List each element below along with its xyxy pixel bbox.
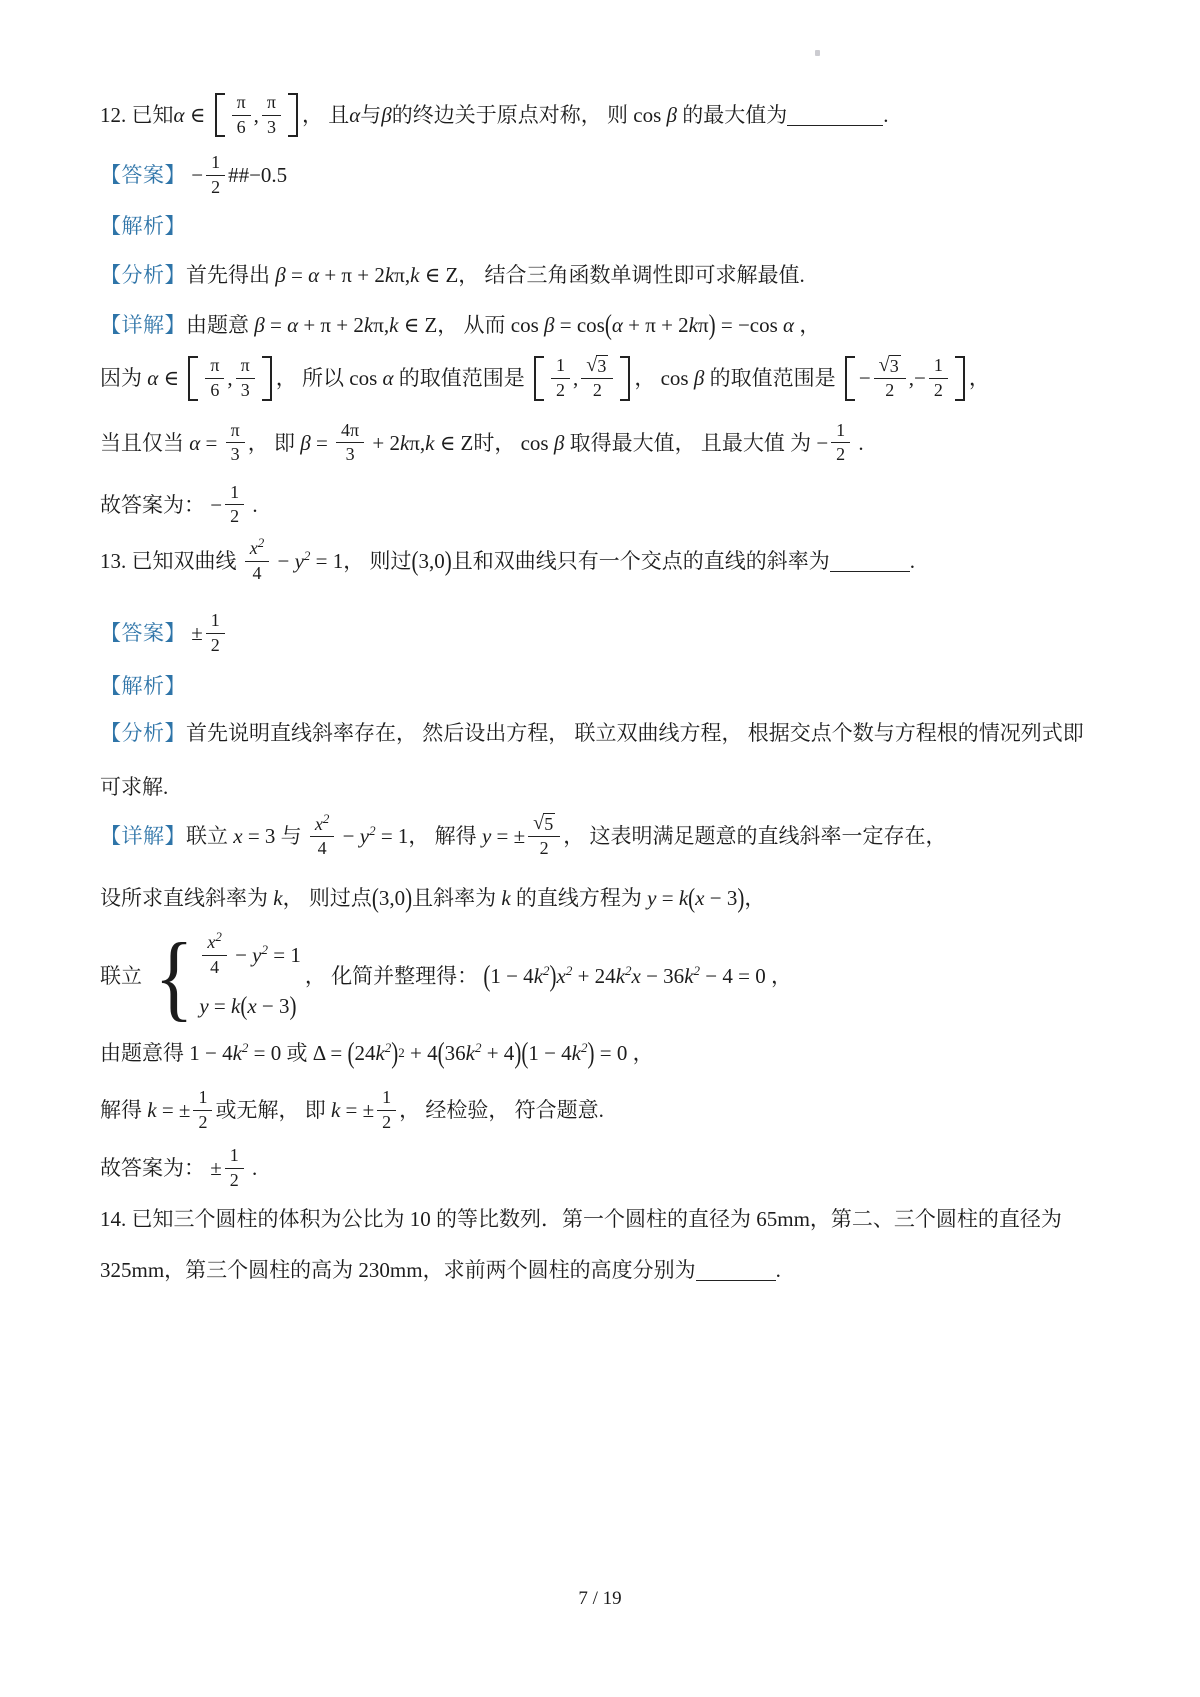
text-run: ，: [744, 884, 765, 912]
fraction: √52: [528, 813, 560, 859]
text-run: =: [311, 429, 333, 457]
math-variable: k2: [616, 962, 632, 990]
paragraph-p16: 由题意得 1 − 4k2 = 0 或 Δ = (24k2)2 + 4(36k2 …: [100, 1039, 1112, 1067]
text-run: 设所求直线斜率为: [100, 884, 273, 912]
math-variable: β: [554, 429, 564, 457]
text-run: 1 − 4: [490, 962, 533, 990]
math-variable: y: [482, 822, 491, 850]
text-run: =: [265, 311, 287, 339]
math-variable: α: [349, 101, 360, 129]
paren: (: [483, 956, 490, 996]
math-variable: β: [544, 311, 554, 339]
denominator: 2: [211, 634, 220, 657]
paren: (: [438, 1033, 445, 1073]
section-label: 【详解】: [100, 311, 186, 339]
fraction: √32: [581, 355, 613, 401]
paren: ): [550, 956, 557, 996]
numerator: √5: [528, 813, 560, 837]
text-run: 2: [593, 380, 602, 402]
radicand: 5: [543, 813, 555, 835]
math-variable: y: [647, 884, 656, 912]
text-run: π: [267, 92, 276, 114]
fraction: 12: [551, 355, 570, 401]
text-run: 3,0: [419, 547, 445, 575]
paragraph-p8: 故答案为： −12 .: [100, 482, 1112, 528]
text-run: 故答案为： ±: [100, 1154, 222, 1182]
text-run: ,−: [909, 364, 926, 392]
denominator: 4: [318, 837, 327, 860]
text-run: 3: [231, 444, 240, 466]
paren: (: [521, 1033, 528, 1073]
text-run: 14. 已知三个圆柱的体积为公比为 10 的等比数列．第一个圆柱的直径为 65m…: [100, 1205, 1062, 1233]
text-run: 4: [253, 563, 262, 585]
paragraph-p1: 12. 已知α ∈ π6,π3， 且α与β的终边关于原点对称， 则 cos β …: [100, 92, 1112, 138]
text-run: + 4: [481, 1039, 514, 1067]
text-run: ±: [186, 619, 203, 647]
paragraph-p20: 325mm，第三个圆柱的高为 230mm，求前两个圆柱的高度分别为.: [100, 1256, 1112, 1284]
paragraph-p19: 14. 已知三个圆柱的体积为公比为 10 的等比数列．第一个圆柱的直径为 65m…: [100, 1205, 1112, 1233]
paren: ): [290, 989, 297, 1024]
text-run: π,: [394, 261, 410, 289]
paragraph-p4: 【分析】首先得出 β = α + π + 2kπ,k ∈ Z， 结合三角函数单调…: [100, 261, 1112, 289]
text-run: = 0 或 Δ =: [248, 1039, 347, 1067]
math-variable: k: [389, 311, 398, 339]
math-variable: k: [410, 261, 419, 289]
text-run: ∈ Z时， cos: [434, 429, 553, 457]
text-run: π: [698, 311, 709, 339]
text-run: 解得: [100, 1096, 147, 1124]
text-run: 与: [360, 101, 381, 129]
text-run: 且和双曲线只有一个交点的直线的斜率为: [452, 547, 830, 575]
math-variable: x2: [250, 538, 265, 560]
text-run: ，: [969, 364, 990, 392]
fraction: x24: [245, 538, 270, 584]
text-run: ， 所以 cos: [276, 364, 383, 392]
paragraph-p3: 【解析】: [100, 212, 1112, 240]
bracket: [955, 356, 965, 400]
text-run: ∈ Z， 从而 cos: [398, 311, 544, 339]
numerator: 1: [929, 355, 948, 379]
text-run: −: [186, 161, 203, 189]
fraction: π3: [236, 355, 255, 401]
fraction: 12: [831, 420, 850, 466]
denominator: 2: [382, 1111, 391, 1134]
paren: ): [405, 879, 412, 916]
paren: (: [412, 543, 419, 580]
text-run: −: [230, 941, 252, 969]
paren: ): [587, 1033, 594, 1073]
fraction: 12: [929, 355, 948, 401]
numerator: 1: [225, 482, 244, 506]
paragraph-p12b: 可求解.: [100, 773, 1112, 801]
text-run: π: [231, 420, 240, 442]
text-run: ##−0.5: [228, 161, 287, 189]
text-run: = 1: [268, 941, 301, 969]
math-variable: x: [695, 884, 704, 912]
paragraph-p13: 【详解】联立 x = 3 与 x24 − y2 = 1， 解得 y = ±√52…: [100, 813, 1112, 859]
superscript: 2: [323, 811, 330, 826]
math-variable: k: [331, 1096, 340, 1124]
numerator: π: [262, 92, 281, 116]
text-run: 3,0: [379, 884, 405, 912]
text-run: 6: [237, 117, 246, 139]
section-label: 【分析】: [100, 261, 186, 289]
text-run: .: [776, 1256, 781, 1284]
text-run: 可求解.: [100, 773, 168, 801]
text-run: = 1， 解得: [376, 822, 482, 850]
math-variable: x: [233, 822, 242, 850]
text-run: ， 化简并整理得：: [305, 962, 484, 990]
paragraph-p7: 当且仅当 α = π3， 即 β = 4π3 + 2kπ,k ∈ Z时， cos…: [100, 420, 1112, 466]
section-label: 【解析】: [100, 672, 186, 700]
bracket: [845, 356, 855, 400]
text-run: + 4: [405, 1039, 438, 1067]
numerator: x2: [310, 814, 335, 838]
radicand: 3: [889, 355, 901, 377]
text-run: π: [210, 355, 219, 377]
paragraph-p17: 解得 k = ±12或无解， 即 k = ±12， 经检验， 符合题意.: [100, 1087, 1112, 1133]
bracket: [288, 93, 298, 137]
math-variable: k2: [466, 1039, 482, 1067]
denominator: 2: [556, 379, 565, 402]
math-variable: y2: [252, 941, 268, 969]
text-run: = 3 与: [243, 822, 307, 850]
numerator: x2: [245, 538, 270, 562]
math-variable: y: [199, 992, 208, 1020]
math-variable: β: [381, 101, 391, 129]
text-run: 由题意: [186, 311, 254, 339]
text-run: 1: [382, 1087, 391, 1109]
text-run: 2: [211, 635, 220, 657]
math-variable: α: [308, 261, 319, 289]
fraction: 12: [206, 152, 225, 198]
math-variable: α: [612, 311, 623, 339]
document-body: 12. 已知α ∈ π6,π3， 且α与β的终边关于原点对称， 则 cos β …: [100, 92, 1112, 1284]
math-variable: k: [501, 884, 510, 912]
text-run: 2: [211, 177, 220, 199]
text-run: = ±: [491, 822, 525, 850]
math-variable: k2: [572, 1039, 588, 1067]
math-variable: x: [247, 992, 256, 1020]
paren: ): [445, 543, 452, 580]
math-variable: k: [364, 311, 373, 339]
text-run: 1: [211, 610, 220, 632]
superscript: 2: [258, 535, 265, 550]
fraction: 12: [225, 482, 244, 528]
numerator: π: [205, 355, 224, 379]
bracket: [215, 93, 225, 137]
paragraph-p9: 13. 已知双曲线 x24 − y2 = 1， 则过(3,0)且和双曲线只有一个…: [100, 538, 1112, 584]
math-variable: k: [385, 261, 394, 289]
fraction: x24: [310, 814, 335, 860]
text-run: 1: [230, 482, 239, 504]
denominator: 2: [836, 443, 845, 466]
math-variable: y2: [360, 822, 376, 850]
text-run: ∈: [185, 101, 211, 129]
system-row: y = k(x − 3): [199, 992, 301, 1020]
text-run: 2: [198, 1112, 207, 1134]
numerator: 1: [206, 610, 225, 634]
text-run: + 2: [367, 429, 400, 457]
text-run: = cos: [555, 311, 605, 339]
math-variable: y2: [295, 547, 311, 575]
paragraph-p5: 【详解】由题意 β = α + π + 2kπ,k ∈ Z， 从而 cos β …: [100, 311, 1112, 339]
denominator: 3: [241, 379, 250, 402]
text-run: 由题意得 1 − 4: [100, 1039, 233, 1067]
text-run: + π + 2: [298, 311, 364, 339]
denominator: 2: [885, 379, 894, 402]
text-run: ， 则过点: [283, 884, 372, 912]
numerator: √3: [874, 355, 906, 379]
math-variable: β: [300, 429, 310, 457]
denominator: 3: [267, 116, 276, 139]
text-run: −: [337, 822, 359, 850]
text-run: 36: [445, 1039, 466, 1067]
denominator: 2: [934, 379, 943, 402]
text-run: 4: [210, 957, 219, 979]
answer-blank: [787, 104, 883, 126]
radical: √3: [879, 355, 901, 377]
numerator: π: [232, 92, 251, 116]
fraction: √32: [874, 355, 906, 401]
bracket: [262, 356, 272, 400]
math-variable: k: [231, 992, 240, 1020]
text-run: ∈: [158, 364, 184, 392]
math-variable: β: [254, 311, 264, 339]
radical: √3: [586, 355, 608, 377]
text-run: 2: [540, 838, 549, 860]
text-run: .: [247, 491, 258, 519]
text-run: 2: [382, 1112, 391, 1134]
text-run: − 4 = 0 ，: [700, 962, 792, 990]
text-run: 2: [230, 506, 239, 528]
text-run: 首先说明直线斜率存在， 然后设出方程， 联立双曲线方程， 根据交点个数与方程根的…: [186, 719, 1084, 747]
numerator: 1: [551, 355, 570, 379]
math-variable: β: [275, 261, 285, 289]
text-run: 的取值范围是: [704, 364, 841, 392]
denominator: 2: [198, 1111, 207, 1134]
radicand: 3: [596, 355, 608, 377]
fraction: 12: [193, 1087, 212, 1133]
section-label: 【答案】: [100, 161, 186, 189]
text-run: =: [209, 992, 231, 1020]
text-run: ， 经检验， 符合题意.: [399, 1096, 604, 1124]
text-run: ， 即: [248, 429, 301, 457]
math-variable: k: [400, 429, 409, 457]
text-run: + π + 2: [623, 311, 689, 339]
denominator: 4: [210, 956, 219, 979]
page-number: 7 / 19: [0, 1588, 1200, 1610]
text-run: ,: [254, 101, 259, 129]
text-run: 12. 已知: [100, 101, 174, 129]
text-run: − 3: [257, 992, 290, 1020]
math-variable: x2: [315, 814, 330, 836]
section-label: 【解析】: [100, 212, 186, 240]
numerator: x2: [202, 932, 227, 956]
section-label: 【答案】: [100, 619, 186, 647]
text-run: −: [859, 364, 871, 392]
paragraph-p15: 联立 {x24 − y2 = 1y = k(x − 3)， 化简并整理得： (1…: [100, 932, 1112, 1021]
denominator: 2: [540, 837, 549, 860]
text-run: 1: [836, 420, 845, 442]
text-run: ， 且: [302, 101, 349, 129]
text-run: ，: [794, 311, 820, 339]
system-row: x24 − y2 = 1: [199, 932, 301, 978]
paren: ): [709, 306, 716, 344]
numerator: π: [236, 355, 255, 379]
answer-blank: [830, 550, 910, 572]
text-run: =: [656, 884, 678, 912]
paren: (: [372, 879, 379, 916]
text-run: =: [286, 261, 308, 289]
numerator: 4π: [336, 420, 364, 444]
math-variable: k: [273, 884, 282, 912]
numerator: π: [226, 420, 245, 444]
paren: (: [240, 989, 247, 1024]
text-run: 的取值范围是: [394, 364, 531, 392]
numerator: 1: [206, 152, 225, 176]
text-run: π: [241, 355, 250, 377]
math-variable: β: [694, 364, 704, 392]
math-variable: x: [632, 962, 641, 990]
math-variable: α: [174, 101, 185, 129]
fraction: x24: [202, 932, 227, 978]
text-run: 1: [198, 1087, 207, 1109]
text-run: 1: [230, 1145, 239, 1167]
fraction: π6: [205, 355, 224, 401]
paren: (: [605, 306, 612, 344]
text-run: + π + 2: [319, 261, 385, 289]
math-variable: k2: [534, 962, 550, 990]
math-variable: k: [679, 884, 688, 912]
system-body: x24 − y2 = 1y = k(x − 3): [199, 932, 301, 1021]
paragraph-p2: 【答案】 −12##−0.5: [100, 152, 1112, 198]
math-variable: α: [189, 429, 200, 457]
paragraph-p12a: 【分析】首先说明直线斜率存在， 然后设出方程， 联立双曲线方程， 根据交点个数与…: [100, 719, 1112, 747]
text-run: 6: [210, 380, 219, 402]
text-run: = ±: [157, 1096, 191, 1124]
text-run: 1: [556, 355, 565, 377]
text-run: 2: [885, 380, 894, 402]
text-run: = ±: [340, 1096, 374, 1124]
text-run: ,: [573, 364, 578, 392]
denominator: 6: [210, 379, 219, 402]
bracket: [534, 356, 544, 400]
answer-blank: [696, 1259, 776, 1281]
text-run: 取得最大值， 且最大值 为 −: [564, 429, 828, 457]
text-run: = −cos: [716, 311, 783, 339]
math-variable: k2: [375, 1039, 391, 1067]
numerator: 1: [225, 1145, 244, 1169]
denominator: 2: [211, 176, 220, 199]
math-variable: x2: [557, 962, 573, 990]
text-run: − 3: [704, 884, 737, 912]
paren: ): [737, 879, 744, 916]
math-variable: k2: [684, 962, 700, 990]
text-run: 因为: [100, 364, 147, 392]
bracket: [620, 356, 630, 400]
paragraph-p14: 设所求直线斜率为 k， 则过点(3,0)且斜率为 k 的直线方程为 y = k(…: [100, 884, 1112, 912]
numerator: 1: [193, 1087, 212, 1111]
text-run: 当且仅当: [100, 429, 189, 457]
math-variable: k: [147, 1096, 156, 1124]
denominator: 4: [253, 562, 262, 585]
text-run: 2: [934, 380, 943, 402]
text-run: ， cos: [634, 364, 694, 392]
text-run: = 0 ，: [594, 1039, 653, 1067]
text-run: ， 这表明满足题意的直线斜率一定存在，: [563, 822, 946, 850]
fraction: π3: [262, 92, 281, 138]
paren: (: [347, 1033, 354, 1073]
text-run: 3: [241, 380, 250, 402]
paragraph-p11: 【解析】: [100, 672, 1112, 700]
stray-mark: [815, 50, 820, 56]
text-run: 24: [354, 1039, 375, 1067]
superscript: 2: [215, 929, 222, 944]
numerator: 1: [377, 1087, 396, 1111]
math-variable: α: [147, 364, 158, 392]
text-run: 13. 已知双曲线: [100, 547, 242, 575]
paren: ): [514, 1033, 521, 1073]
math-variable: β: [667, 101, 677, 129]
fraction: 12: [206, 610, 225, 656]
text-run: 的最大值为: [677, 101, 787, 129]
radical: √5: [533, 813, 555, 835]
text-run: 的终边关于原点对称， 则 cos: [392, 101, 667, 129]
text-run: 首先得出: [186, 261, 275, 289]
text-run: 2: [836, 444, 845, 466]
text-run: π,: [373, 311, 389, 339]
fraction: 12: [377, 1087, 396, 1133]
text-run: 2: [230, 1170, 239, 1192]
text-run: 且斜率为: [412, 884, 501, 912]
text-run: 1 − 4: [528, 1039, 571, 1067]
text-run: =: [200, 429, 222, 457]
fraction: π6: [232, 92, 251, 138]
text-run: ∈ Z， 结合三角函数单调性即可求解最值.: [419, 261, 804, 289]
text-run: 或无解， 即: [215, 1096, 331, 1124]
text-run: = 1， 则过: [310, 547, 411, 575]
text-run: −: [272, 547, 294, 575]
document-page: 12. 已知α ∈ π6,π3， 且α与β的终边关于原点对称， 则 cos β …: [0, 0, 1200, 1697]
denominator: 3: [346, 443, 355, 466]
text-run: − 36: [641, 962, 684, 990]
fraction: 12: [225, 1145, 244, 1191]
text-run: 联立: [100, 962, 147, 990]
denominator: 2: [230, 1169, 239, 1192]
math-variable: k: [425, 429, 434, 457]
text-run: .: [910, 547, 915, 575]
denominator: 2: [230, 505, 239, 528]
text-run: 325mm，第三个圆柱的高为 230mm，求前两个圆柱的高度分别为: [100, 1256, 696, 1284]
text-run: 的直线方程为: [511, 884, 648, 912]
math-variable: k: [689, 311, 698, 339]
paren: (: [688, 879, 695, 916]
text-run: .: [247, 1154, 258, 1182]
paragraph-p6: 因为 α ∈ π6,π3， 所以 cos α 的取值范围是 12,√32， co…: [100, 355, 1112, 401]
fraction: π3: [226, 420, 245, 466]
text-run: 1: [211, 152, 220, 174]
math-variable: x2: [207, 932, 222, 954]
math-variable: α: [383, 364, 394, 392]
text-run: 4π: [341, 420, 359, 442]
text-run: 1: [934, 355, 943, 377]
denominator: 2: [593, 379, 602, 402]
section-label: 【详解】: [100, 822, 186, 850]
numerator: 1: [831, 420, 850, 444]
text-run: π,: [409, 429, 425, 457]
text-run: ,: [227, 364, 232, 392]
